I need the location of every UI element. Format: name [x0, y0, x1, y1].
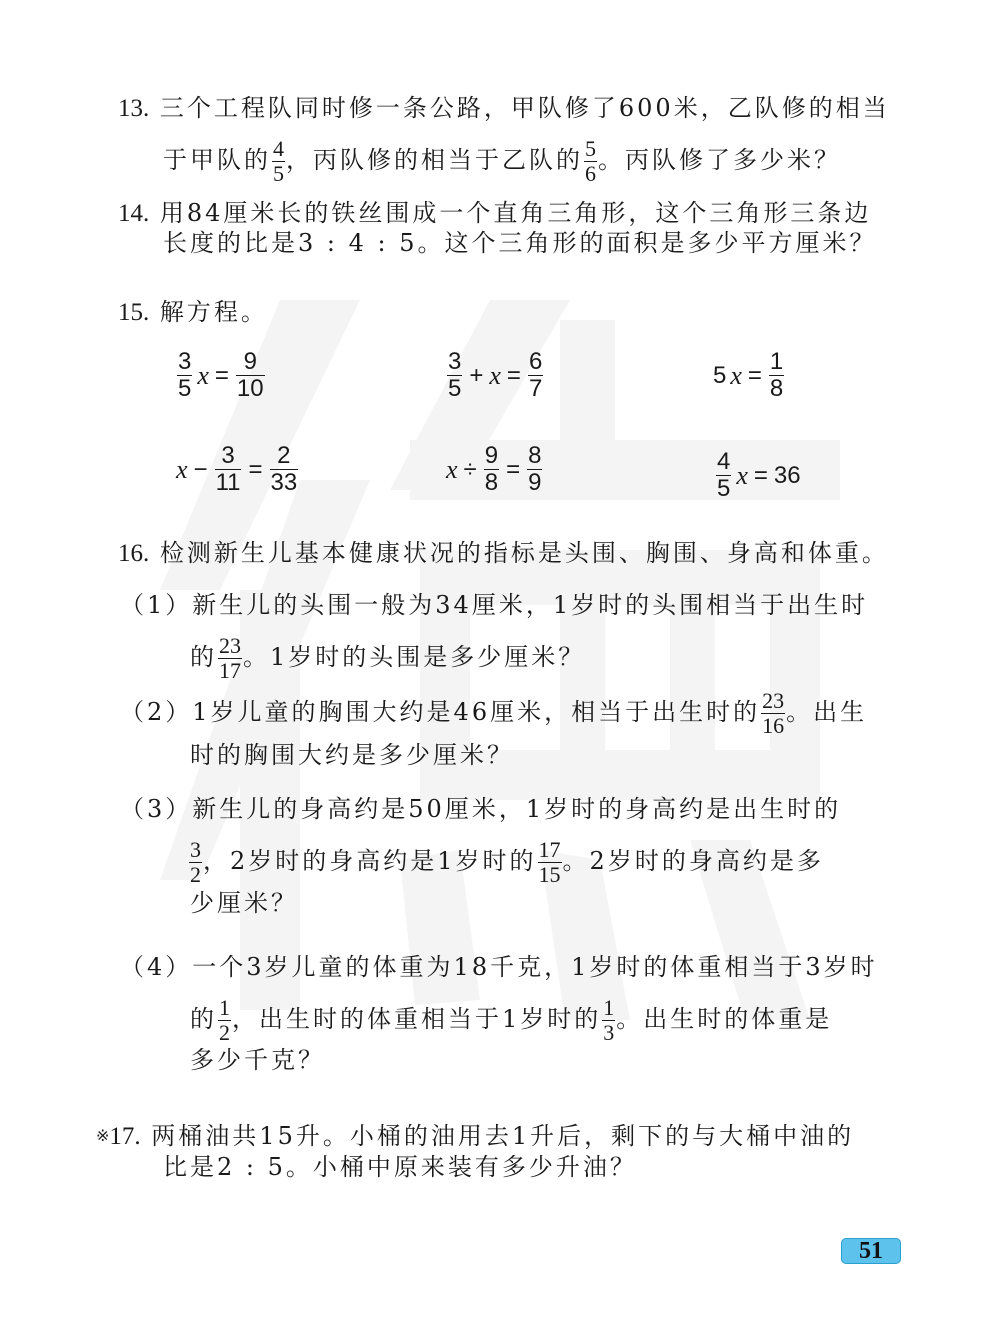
q13-line2: 于甲队的45，丙队修的相当于乙队的56。丙队修了多少米？ — [163, 138, 841, 185]
fraction: 2316 — [761, 690, 785, 737]
variable: x — [736, 461, 748, 491]
q16-sub3-line3: 少厘米？ — [190, 887, 298, 919]
page-number-badge: 51 — [841, 1238, 901, 1264]
numerator: 9 — [236, 350, 265, 376]
fraction: 233 — [270, 444, 299, 495]
sub1-text-b: 。1岁时的头围是多少厘米？ — [243, 643, 585, 671]
q17-text-line2: 比是2 : 5。小桶中原来装有多少升油？ — [163, 1153, 637, 1181]
right-hand-side: 36 — [774, 462, 801, 490]
denominator: 9 — [527, 470, 542, 495]
q14-number: 14. — [118, 200, 149, 227]
numerator: 3 — [215, 444, 242, 470]
numerator: 17 — [538, 839, 562, 863]
q13-line1: 13. 三个工程队同时修一条公路，甲队修了600米，乙队修的相当 — [118, 92, 890, 125]
equals-sign: = — [507, 362, 521, 390]
denominator: 11 — [215, 470, 242, 495]
minus-sign: − — [194, 456, 208, 484]
denominator: 33 — [270, 470, 299, 495]
numerator: 8 — [527, 444, 542, 470]
denominator: 15 — [538, 863, 562, 886]
q15-title-line: 15. 解方程。 — [118, 296, 268, 329]
equals-sign: = — [748, 362, 762, 390]
numerator: 5 — [584, 138, 597, 162]
q16-title-line: 16. 检测新生儿基本健康状况的指标是头围、胸围、身高和体重。 — [118, 537, 889, 570]
fraction: 2317 — [218, 635, 242, 682]
sub2-text-b: 。出生 — [786, 698, 867, 726]
q13-text-a: 于甲队的 — [163, 146, 271, 174]
fraction: 18 — [769, 350, 784, 401]
q16-sub2-line1: （2）1岁儿童的胸围大约是46厘米，相当于出生时的2316。出生 — [120, 690, 867, 737]
numerator: 9 — [484, 444, 499, 470]
numerator: 1 — [218, 997, 231, 1021]
fraction: 910 — [236, 350, 265, 401]
denominator: 8 — [769, 376, 784, 401]
denominator: 7 — [528, 376, 543, 401]
challenge-mark-icon: ※ — [96, 1126, 109, 1145]
fraction: 45 — [716, 450, 731, 501]
q16-sub4-line3: 多少千克？ — [190, 1044, 325, 1076]
numerator: 4 — [272, 138, 285, 162]
q15-number: 15. — [118, 299, 149, 326]
equals-sign: = — [754, 462, 768, 490]
sub3-text-b: 。2岁时的身高约是多 — [563, 847, 824, 875]
equation-5: x ÷ 98 = 89 — [446, 444, 543, 495]
q16-sub4-line2: 的12，出生时的体重相当于1岁时的13。出生时的体重是 — [190, 997, 832, 1044]
fraction: 45 — [272, 138, 285, 185]
equals-sign: = — [215, 362, 229, 390]
denominator: 5 — [716, 476, 731, 501]
q17-text-line1: 两桶油共15升。小桶的油用去1升后，剩下的与大桶中油的 — [151, 1122, 854, 1150]
fraction: 1715 — [538, 839, 562, 886]
fraction: 35 — [177, 350, 192, 401]
variable: x — [489, 361, 501, 391]
q16-sub1-line2: 的2317。1岁时的头围是多少厘米？ — [190, 635, 585, 682]
sub4-text-a: 的 — [190, 1005, 217, 1033]
fraction: 12 — [218, 997, 231, 1044]
sub-question-label: （3） — [120, 795, 192, 823]
q14-text-line1: 用84厘米长的铁丝围成一个直角三角形，这个三角形三条边 — [160, 199, 872, 227]
equation-6: 45 x = 36 — [715, 450, 801, 501]
variable: x — [446, 455, 458, 485]
fraction: 13 — [602, 997, 615, 1044]
divide-sign: ÷ — [464, 456, 477, 484]
q14-text-line2: 长度的比是3 : 4 : 5。这个三角形的面积是多少平方厘米？ — [163, 229, 877, 257]
coefficient: 5 — [713, 362, 726, 390]
denominator: 5 — [272, 162, 285, 185]
denominator: 8 — [484, 470, 499, 495]
equation-2: 35 + x = 67 — [446, 350, 544, 401]
q17-line2: 比是2 : 5。小桶中原来装有多少升油？ — [163, 1151, 637, 1183]
textbook-page: 13. 三个工程队同时修一条公路，甲队修了600米，乙队修的相当 于甲队的45，… — [0, 0, 1000, 1336]
denominator: 10 — [236, 376, 265, 401]
variable: x — [730, 361, 742, 391]
sub1-text-a: 的 — [190, 643, 217, 671]
fraction: 67 — [528, 350, 543, 401]
denominator: 2 — [189, 863, 202, 886]
sub4-text-line1: 一个3岁儿童的体重为18千克，1岁时的体重相当于3岁时 — [192, 953, 877, 981]
q17-line1: ※17. 两桶油共15升。小桶的油用去1升后，剩下的与大桶中油的 — [96, 1120, 854, 1153]
variable: x — [176, 455, 188, 485]
sub-question-label: （1） — [120, 591, 192, 619]
plus-sign: + — [469, 362, 483, 390]
sub2-text-line2: 时的胸围大约是多少厘米？ — [190, 741, 514, 769]
fraction: 89 — [527, 444, 542, 495]
numerator: 3 — [177, 350, 192, 376]
numerator: 23 — [761, 690, 785, 714]
denominator: 5 — [177, 376, 192, 401]
numerator: 1 — [602, 997, 615, 1021]
sub1-text-line1: 新生儿的头围一般为34厘米，1岁时的头围相当于出生时 — [192, 591, 868, 619]
equation-4: x − 311 = 233 — [176, 444, 299, 495]
denominator: 17 — [218, 659, 242, 682]
fraction: 32 — [189, 839, 202, 886]
numerator: 2 — [270, 444, 299, 470]
q14-line1: 14. 用84厘米长的铁丝围成一个直角三角形，这个三角形三条边 — [118, 197, 871, 230]
q13-text-c: 。丙队修了多少米？ — [598, 146, 841, 174]
numerator: 3 — [447, 350, 462, 376]
sub2-text-a: 1岁儿童的胸围大约是46厘米，相当于出生时的 — [192, 698, 760, 726]
variable: x — [197, 361, 209, 391]
q16-sub3-line1: （3）新生儿的身高约是50厘米，1岁时的身高约是出生时的 — [120, 793, 841, 825]
sub4-text-line3: 多少千克？ — [190, 1046, 325, 1074]
sub-question-label: （4） — [120, 953, 192, 981]
q16-sub1-line1: （1）新生儿的头围一般为34厘米，1岁时的头围相当于出生时 — [120, 589, 868, 621]
q17-number: 17. — [109, 1123, 140, 1150]
denominator: 5 — [447, 376, 462, 401]
q16-sub2-line2: 时的胸围大约是多少厘米？ — [190, 739, 514, 771]
q16-sub4-line1: （4）一个3岁儿童的体重为18千克，1岁时的体重相当于3岁时 — [120, 951, 878, 983]
denominator: 3 — [602, 1021, 615, 1044]
fraction: 311 — [215, 444, 242, 495]
fraction: 56 — [584, 138, 597, 185]
denominator: 6 — [584, 162, 597, 185]
q14-line2: 长度的比是3 : 4 : 5。这个三角形的面积是多少平方厘米？ — [163, 227, 877, 259]
sub3-text-a: ，2岁时的身高约是1岁时的 — [203, 847, 537, 875]
equals-sign: = — [248, 456, 262, 484]
numerator: 4 — [716, 450, 731, 476]
equation-1: 35 x = 910 — [176, 350, 266, 401]
sub-question-label: （2） — [120, 698, 192, 726]
sub4-text-c: 。出生时的体重是 — [616, 1005, 832, 1033]
equals-sign: = — [506, 456, 520, 484]
q13-text-b: ，丙队修的相当于乙队的 — [286, 146, 583, 174]
denominator: 2 — [218, 1021, 231, 1044]
sub3-text-line3: 少厘米？ — [190, 889, 298, 917]
q16-number: 16. — [118, 540, 149, 567]
q16-title: 检测新生儿基本健康状况的指标是头围、胸围、身高和体重。 — [160, 539, 889, 567]
sub3-text-line1: 新生儿的身高约是50厘米，1岁时的身高约是出生时的 — [192, 795, 841, 823]
page-number: 51 — [859, 1238, 883, 1265]
fraction: 98 — [484, 444, 499, 495]
fraction: 35 — [447, 350, 462, 401]
numerator: 3 — [189, 839, 202, 863]
equation-3: 5 x = 18 — [713, 350, 785, 401]
q13-number: 13. — [118, 95, 149, 122]
q13-text-line1: 三个工程队同时修一条公路，甲队修了600米，乙队修的相当 — [160, 94, 890, 122]
numerator: 1 — [769, 350, 784, 376]
numerator: 6 — [528, 350, 543, 376]
q16-sub3-line2: 32，2岁时的身高约是1岁时的1715。2岁时的身高约是多 — [188, 839, 824, 886]
denominator: 16 — [761, 714, 785, 737]
q15-title: 解方程。 — [160, 298, 268, 326]
sub4-text-b: ，出生时的体重相当于1岁时的 — [232, 1005, 601, 1033]
numerator: 23 — [218, 635, 242, 659]
